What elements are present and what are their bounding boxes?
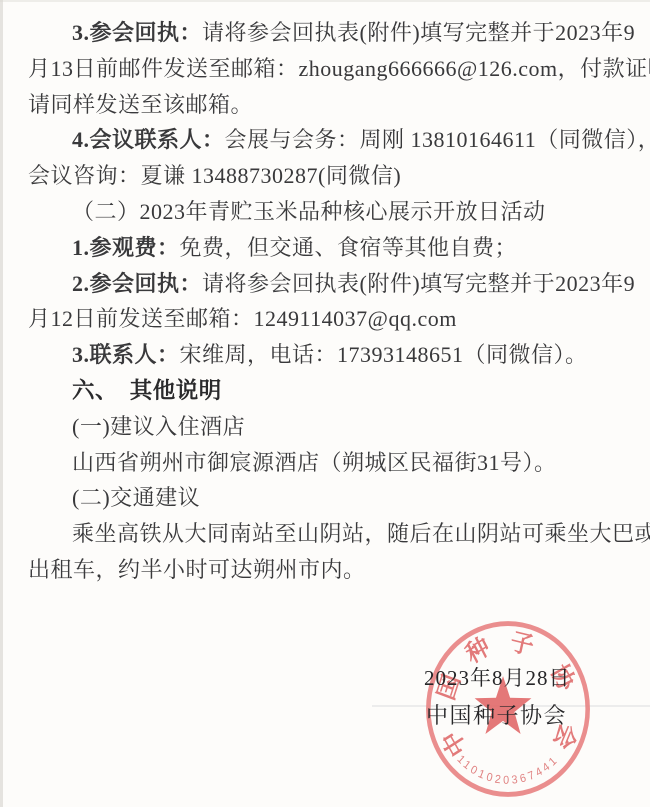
- text-line: 3.参会回执：请将参会回执表(附件)填写完整并于2023年9: [28, 15, 628, 51]
- signature-organization: 中国种子协会: [426, 699, 567, 730]
- body-text: 月13日前邮件发送至邮箱：zhougang666666@126.com，付款证明: [28, 56, 650, 81]
- text-line: 乘坐高铁从大同南站至山阴站，随后在山阴站可乘坐大巴或: [28, 516, 628, 552]
- text-line: 2.参会回执：请将参会回执表(附件)填写完整并于2023年9: [28, 266, 628, 302]
- body-text: 免费，但交通、食宿等其他自费；: [180, 235, 518, 260]
- text-line: (一)建议入住酒店: [28, 409, 628, 445]
- seal-ring-char: 子: [508, 629, 536, 661]
- text-line: 4.会议联系人：会展与会务：周刚 13810164611（同微信），: [28, 122, 628, 158]
- body-text: 请将参会回执表(附件)填写完整并于2023年9: [202, 20, 635, 45]
- body-text: 山西省朔州市御宸源酒店（朔城区民福街31号）。: [72, 450, 557, 475]
- body-text: 请将参会回执表(附件)填写完整并于2023年9: [202, 271, 635, 296]
- text-line: (二)交通建议: [28, 480, 628, 516]
- text-line: 3.联系人：宋维周，电话：17393148651（同微信）。: [28, 337, 628, 373]
- scanned-document-page: 3.参会回执：请将参会回执表(附件)填写完整并于2023年9月13日前邮件发送至…: [0, 0, 650, 807]
- text-line: 出租车，约半小时可达朔州市内。: [28, 552, 628, 588]
- text-line: 1.参观费：免费，但交通、食宿等其他自费；: [28, 230, 628, 266]
- text-line: 请同样发送至该邮箱。: [28, 87, 628, 123]
- scan-edge-top: [0, 0, 650, 2]
- text-line: 月12日前发送至邮箱：1249114037@qq.com: [28, 301, 628, 337]
- text-line: 会议咨询：夏谦 13488730287(同微信): [28, 158, 628, 194]
- signature-date: 2023年8月28日: [424, 662, 571, 692]
- item-label: 2.参会回执：: [72, 271, 202, 296]
- body-text: （二）2023年青贮玉米品种核心展示开放日活动: [72, 199, 546, 224]
- text-line: （二）2023年青贮玉米品种核心展示开放日活动: [28, 194, 628, 230]
- body-text: 请同样发送至该邮箱。: [28, 92, 253, 117]
- body-text: (一)建议入住酒店: [72, 414, 245, 439]
- item-label: 4.会议联系人：: [72, 127, 225, 152]
- body-text: 会展与会务：周刚 13810164611（同微信），: [225, 127, 650, 152]
- item-label: 3.参会回执：: [72, 20, 202, 45]
- body-text: 会议咨询：夏谦 13488730287(同微信): [28, 163, 401, 188]
- scan-edge-left: [0, 0, 3, 807]
- body-text: 月12日前发送至邮箱：1249114037@qq.com: [28, 306, 457, 331]
- body-text: (二)交通建议: [72, 485, 200, 510]
- document-body: 3.参会回执：请将参会回执表(附件)填写完整并于2023年9月13日前邮件发送至…: [28, 15, 628, 588]
- body-text: 宋维周，电话：17393148651（同微信）。: [180, 342, 588, 367]
- text-line: 山西省朔州市御宸源酒店（朔城区民福街31号）。: [28, 445, 628, 481]
- text-line: 六、 其他说明: [28, 373, 628, 409]
- section-heading: 六、 其他说明: [72, 378, 222, 403]
- body-text: 出租车，约半小时可达朔州市内。: [28, 557, 366, 582]
- text-line: 月13日前邮件发送至邮箱：zhougang666666@126.com，付款证明: [28, 51, 628, 87]
- body-text: 乘坐高铁从大同南站至山阴站，随后在山阴站可乘坐大巴或: [72, 521, 650, 546]
- item-label: 1.参观费：: [72, 235, 180, 260]
- item-label: 3.联系人：: [72, 342, 180, 367]
